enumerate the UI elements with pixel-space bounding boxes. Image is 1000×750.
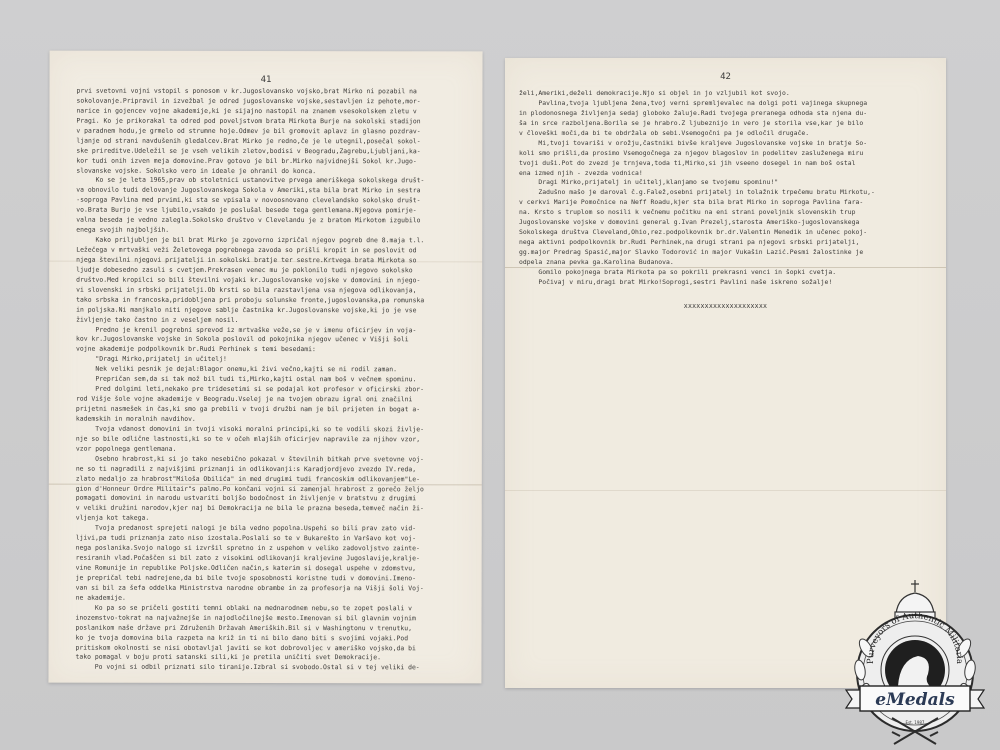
text-line: ko je tvoja domovina bila razpeta na kri… xyxy=(76,633,486,644)
typewritten-body-text: želi,Ameriki,deželi demokracije.Njo si o… xyxy=(519,89,939,288)
text-line: prvi svetovni vojni vstopil s ponosom v … xyxy=(76,87,486,98)
text-line: kademskih in moralnih navdihov. xyxy=(76,415,486,426)
text-line: Pragi. Ko je prikorakal ta odred pod pov… xyxy=(76,116,486,127)
document-page-41: 41 prvi svetovni vojni vstopil s ponosom… xyxy=(48,51,482,684)
text-line: želi,Ameriki,deželi demokracije.Njo si o… xyxy=(519,89,939,99)
text-line: Ko pa so se pričeli gostiti temni oblaki… xyxy=(76,603,486,614)
paper-fold-line xyxy=(505,490,946,491)
text-line: poslanikom naše države pri Združenih Drž… xyxy=(76,623,486,634)
text-line: vi slovenski in srbski prijatelji.Ob krs… xyxy=(76,285,486,296)
text-line: prijetni nasmešek in čas,ki smo ga prebi… xyxy=(76,405,486,416)
text-line: odpela znana pevka ga.Karolina Budanova. xyxy=(519,258,939,268)
text-line: inozemstvo-tokrat na najvažnejše in najo… xyxy=(76,613,486,624)
page-number: 42 xyxy=(505,72,946,82)
established-year: Est. 1987 xyxy=(906,720,925,725)
text-line: in plodonosnega življenja sedaj globoko … xyxy=(519,109,939,119)
text-line: tvoji duši.Pot do zvezd je trnjeva,toda … xyxy=(519,159,939,169)
text-line: ne so ti nagradili z najvišjimi priznanj… xyxy=(76,464,486,475)
text-line: Mi,tvoji tovariši v orožju,častniki bivš… xyxy=(519,139,939,149)
text-line: tako srbska in francoska,pridobljena pri… xyxy=(76,295,486,306)
text-line: Dragi Mirko,prijatelj in učitelj,klanjam… xyxy=(519,178,939,188)
text-line: Zadušno mašo je daroval č.g.Falež,osebni… xyxy=(519,188,939,198)
text-line: vine Romunije in republike Poljske.Odlič… xyxy=(76,564,486,575)
text-line: gg.major Predrag Spasić,major Slavko Tod… xyxy=(519,248,939,258)
text-line: sokolovanje.Pripravil in izvežbal je odr… xyxy=(76,97,486,108)
text-line: Pavlina,tvoja ljubljena žena,tvoj verni … xyxy=(519,99,939,109)
emedals-crest-icon: Purveyors of Authentic Militaria eMedals… xyxy=(840,578,990,750)
text-line: vzor popolnega gentlemana. xyxy=(76,444,486,455)
text-line: v cerkvi Marije Pomočnice na Neff Roadu,… xyxy=(519,198,939,208)
text-line: van si bil za šefa oddelka Ministrstva n… xyxy=(76,584,486,595)
text-line: društvo.Med kropilci so bili številni vo… xyxy=(76,275,486,286)
text-line: v paradnem hodu,je grmelo od strumne hoj… xyxy=(76,126,486,137)
text-line: življenje tako častno in z veseljem nosi… xyxy=(76,315,486,326)
text-line: Sokolskega društva Cleveland,Ohio,rez.po… xyxy=(519,228,939,238)
text-line: narice in gojencev vojne akademije,ki je… xyxy=(76,107,486,118)
text-line: nega aktivni podpolkovnik br.Rudi Perhin… xyxy=(519,238,939,248)
text-line: je prepričal tebi nadrejene,da bi bile t… xyxy=(76,574,486,585)
text-line: na. Krsto s truplom so nosili k večnemu … xyxy=(519,208,939,218)
emedals-watermark-logo: Purveyors of Authentic Militaria eMedals… xyxy=(840,578,990,750)
text-line: Osebno hrabrost,ki si jo tako nesebično … xyxy=(76,454,486,465)
text-line: v človeški moči,da bi te obdržala ob seb… xyxy=(519,129,939,139)
text-line: ljudje dobesedno zasuli s cvetjem.Prekra… xyxy=(76,266,486,277)
text-line: nje so bile odlične lastnosti,ki so te v… xyxy=(76,434,486,445)
text-line: in poljska.Ni manjkalo niti njegove sabl… xyxy=(76,305,486,316)
text-line: Jugoslovanske vojske v domovini general … xyxy=(519,218,939,228)
text-line: koli smo prišli,da prosimo Vsemogočnega … xyxy=(519,149,939,159)
text-line: ske prireditve.Udeležil se je vseh velik… xyxy=(76,146,486,157)
typewritten-body-text: prvi svetovni vojni vstopil s ponosom v … xyxy=(75,87,486,674)
text-line: Gomilo pokojnega brata Mirkota pa so pok… xyxy=(519,268,939,278)
page-number: 41 xyxy=(49,75,482,86)
text-line: Tvoja vdanost domovini in tvoji visoki m… xyxy=(76,425,486,436)
text-line: ljanje od strani navdušenih gledalcev.Br… xyxy=(76,136,486,147)
text-line: Počivaj v miru,dragi brat Mirko!Soprogi,… xyxy=(519,278,939,288)
text-line: ena izmed njih - zvezda vodnica! xyxy=(519,169,939,179)
closing-divider: xxxxxxxxxxxxxxxxxxxx xyxy=(505,302,946,310)
text-line: ša in srce razboljena.Borila se je hrabr… xyxy=(519,119,939,129)
brand-name: eMedals xyxy=(875,690,955,710)
text-line: kor tudi onih izven meja domovine.Prav g… xyxy=(76,156,486,167)
text-line: Ležečega v mrtvaški veži Želetovega pogr… xyxy=(76,246,486,257)
text-line: zlato medaljo za hrabrost"Miloša Obilića… xyxy=(76,474,486,485)
text-line: Po vojni si odbil priznati silo tiranije… xyxy=(75,663,485,674)
text-line: njega številni njegovi prijatelji in sok… xyxy=(76,256,486,267)
